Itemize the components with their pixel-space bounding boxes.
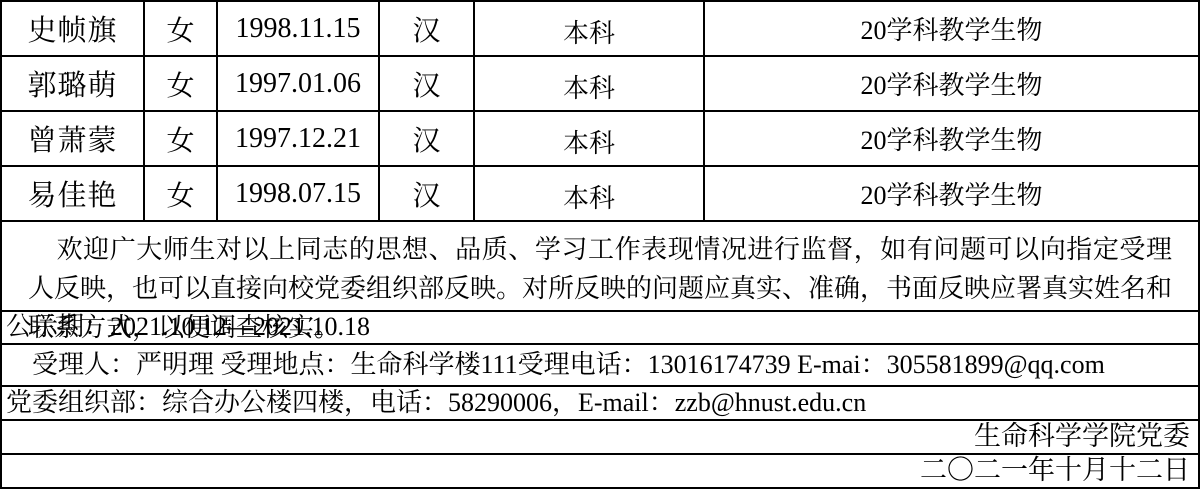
cell-ethnicity: 汉 [380,112,475,165]
cell-ethnicity: 汉 [380,57,475,110]
cell-education: 本科 [475,57,705,110]
public-notice-document: 史帧旗 女 1998.11.15 汉 本科 20学科教学生物 郭璐萌 女 199… [0,0,1200,489]
publicity-period-line: 公示期：2021.10.12—2021.10.18 [2,312,1198,345]
cell-gender: 女 [145,57,218,110]
cell-education: 本科 [475,167,705,220]
cell-education: 本科 [475,112,705,165]
cell-gender: 女 [145,112,218,165]
cell-program: 20学科教学生物 [705,167,1198,220]
supervision-paragraph: 欢迎广大师生对以上同志的思想、品质、学习工作表现情况进行监督，如有问题可以向指定… [2,222,1198,312]
cell-program: 20学科教学生物 [705,112,1198,165]
cell-name: 易佳艳 [2,167,145,220]
org-dept-contact-line: 党委组织部：综合办公楼四楼，电话：58290006，E-mail：zzb@hnu… [2,387,1198,421]
acceptor-contact-line: 受理人：严明理 受理地点：生命科学楼111受理电话：13016174739 E-… [2,345,1198,387]
table-row: 史帧旗 女 1998.11.15 汉 本科 20学科教学生物 [2,2,1198,57]
signature-line: 生命科学学院党委 [2,421,1198,455]
cell-education: 本科 [475,2,705,55]
cell-program: 20学科教学生物 [705,2,1198,55]
cell-birth-date: 1997.01.06 [218,57,380,110]
cell-ethnicity: 汉 [380,2,475,55]
cell-name: 曾萧蒙 [2,112,145,165]
cell-birth-date: 1998.11.15 [218,2,380,55]
table-row: 曾萧蒙 女 1997.12.21 汉 本科 20学科教学生物 [2,112,1198,167]
cell-name: 史帧旗 [2,2,145,55]
cell-program: 20学科教学生物 [705,57,1198,110]
cell-name: 郭璐萌 [2,57,145,110]
cell-ethnicity: 汉 [380,167,475,220]
table-row: 易佳艳 女 1998.07.15 汉 本科 20学科教学生物 [2,167,1198,222]
cell-birth-date: 1997.12.21 [218,112,380,165]
cell-gender: 女 [145,2,218,55]
cell-gender: 女 [145,167,218,220]
table-row: 郭璐萌 女 1997.01.06 汉 本科 20学科教学生物 [2,57,1198,112]
cell-birth-date: 1998.07.15 [218,167,380,220]
issue-date-line: 二〇二一年十月十二日 [2,455,1198,487]
